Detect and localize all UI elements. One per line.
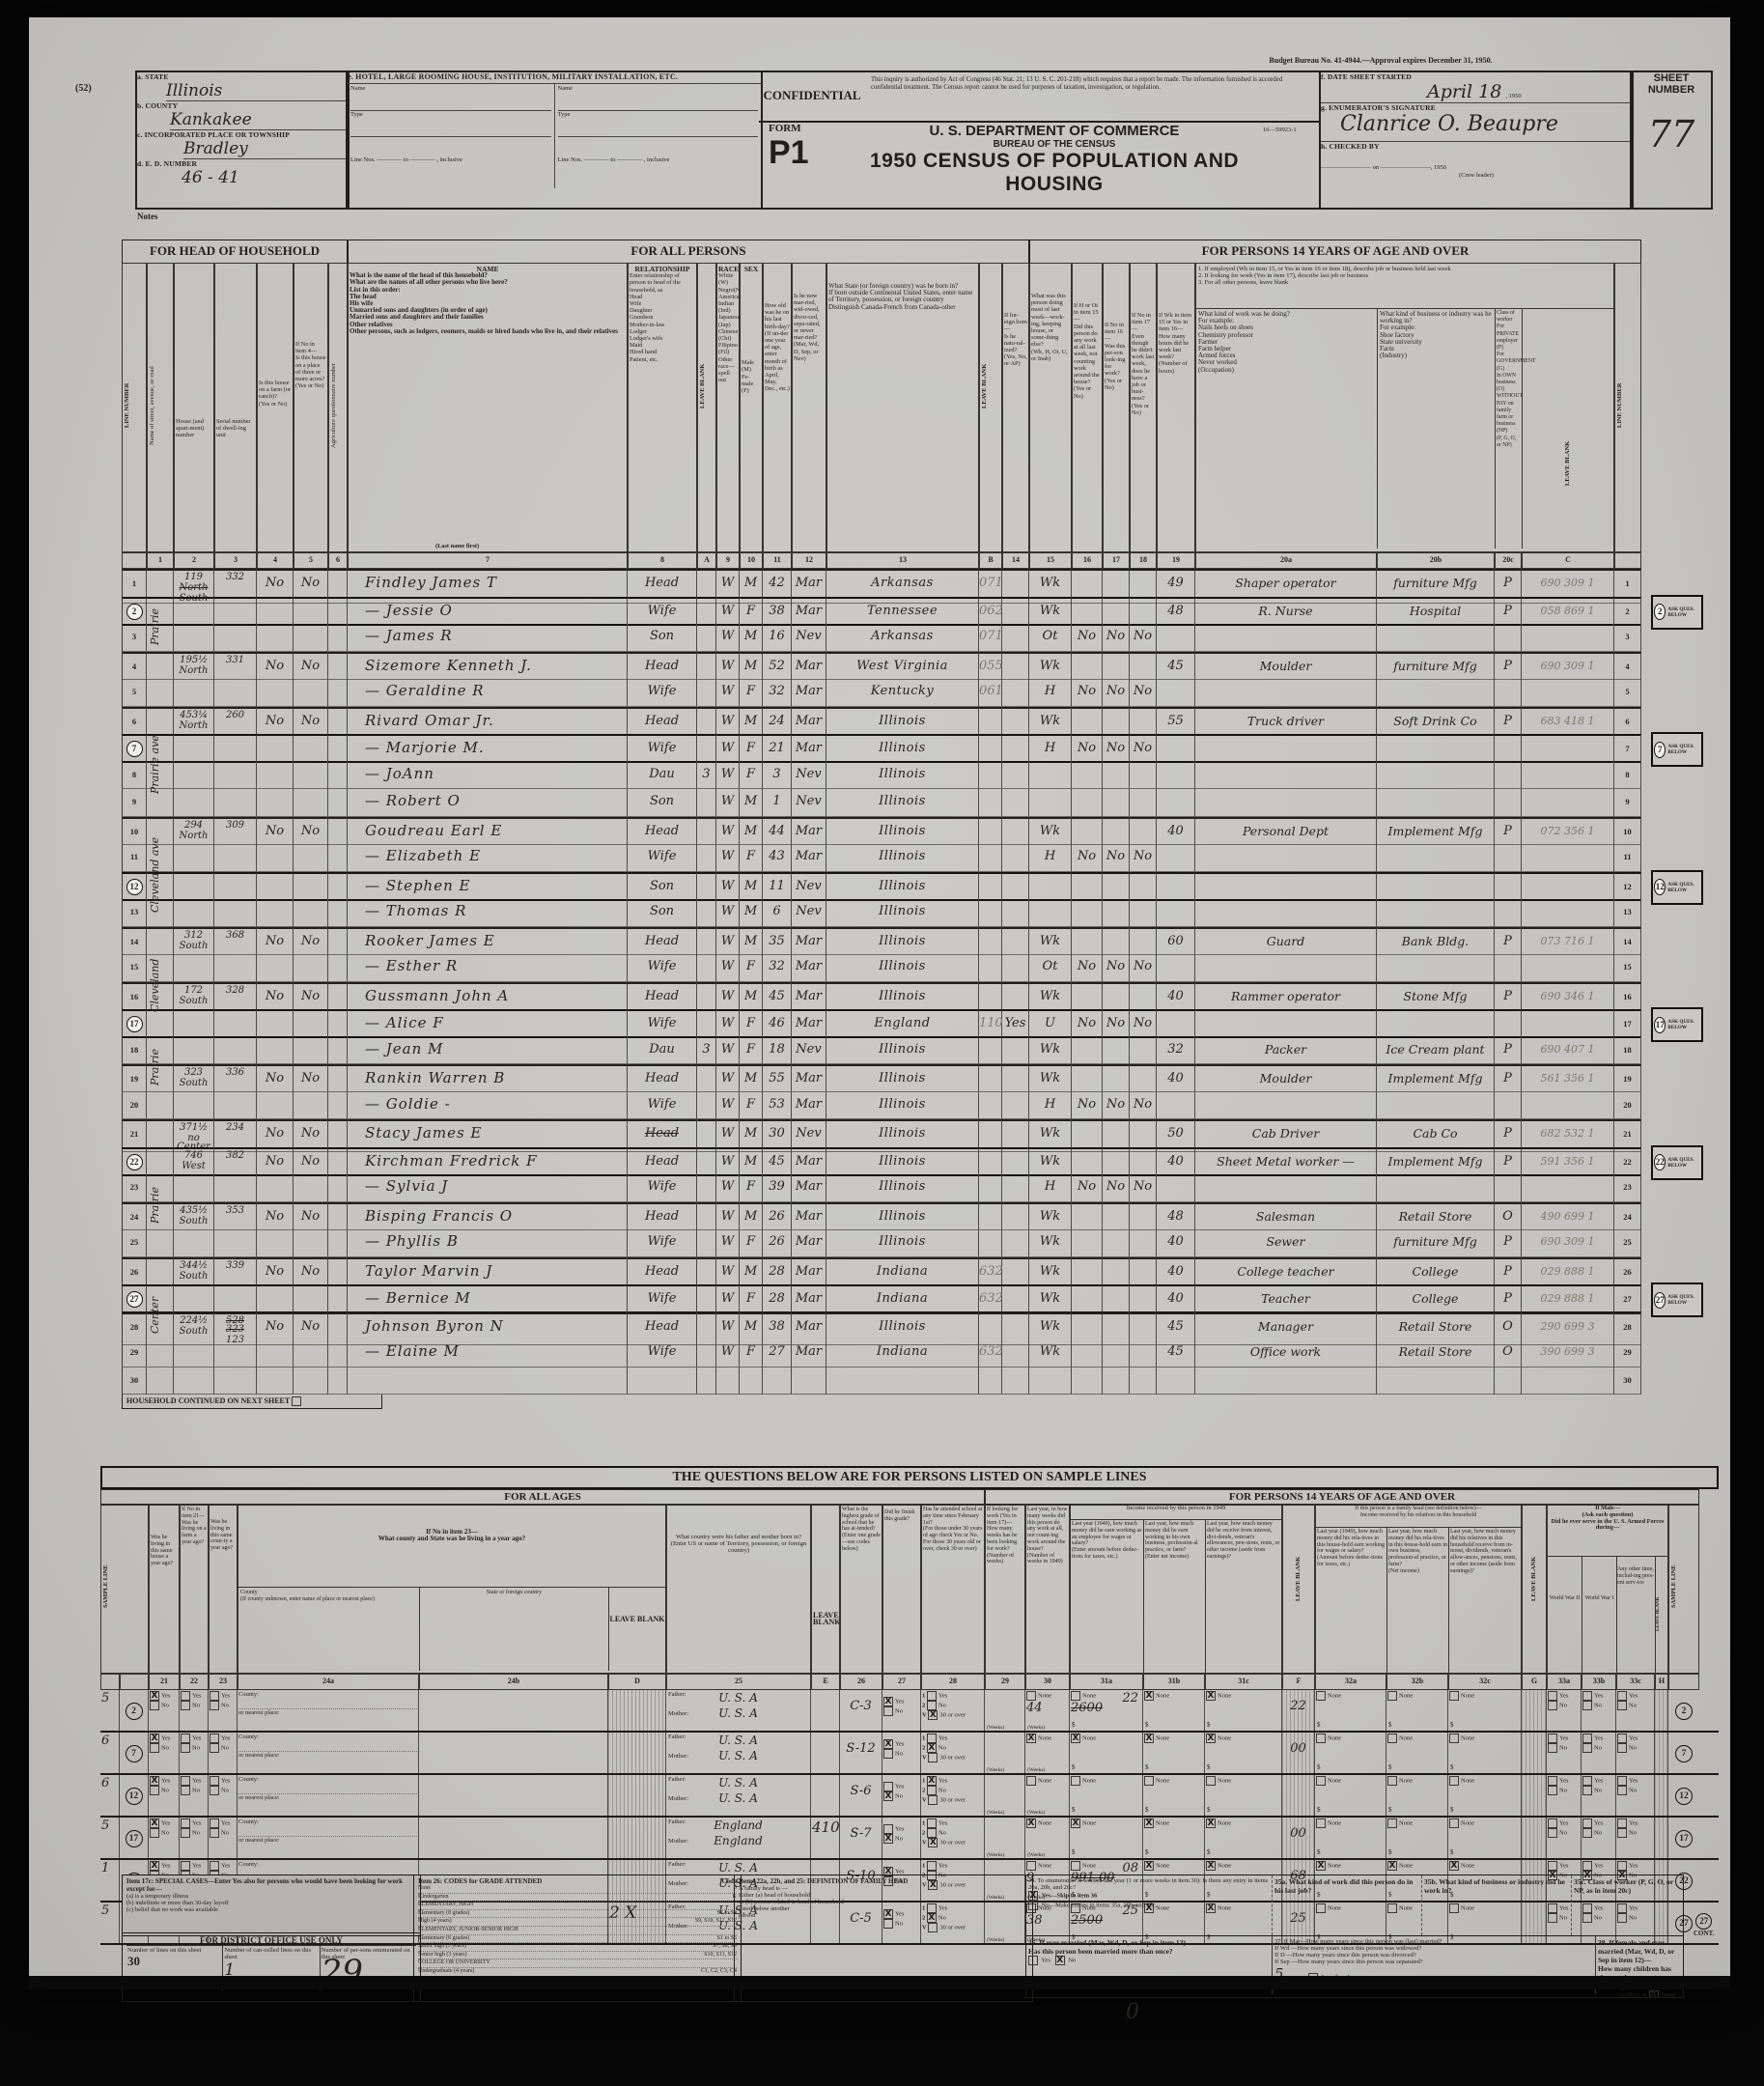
race-cell: W xyxy=(716,1147,740,1176)
q28-no-checkbox[interactable] xyxy=(927,1786,937,1795)
q33b-no-checkbox[interactable] xyxy=(1582,1786,1592,1795)
q22-no-checkbox[interactable] xyxy=(181,1786,190,1795)
q21-no-checkbox[interactable] xyxy=(150,1786,159,1795)
date-label: f. DATE SHEET STARTED xyxy=(1321,72,1632,81)
form-word: FORM xyxy=(769,123,846,134)
household-continued-label: HOUSEHOLD CONTINUED ON NEXT SHEET xyxy=(126,1396,290,1405)
house-number-cell xyxy=(174,624,214,652)
house-number-cell xyxy=(174,1009,214,1038)
q32c-none-checkbox[interactable] xyxy=(1449,1776,1459,1786)
table-row: 1212 — Stephen E Son W M 11 Nev Illinois… xyxy=(122,872,1653,900)
sex-cell: M xyxy=(740,707,763,735)
hand-zero: 0 xyxy=(1126,2000,1139,2024)
q33b-cell: Yes No xyxy=(1582,1775,1616,1816)
leave-blank-b-cell: 632 xyxy=(979,1257,1002,1285)
q22-yes-checkbox[interactable] xyxy=(181,1776,190,1786)
q23-yes-checkbox[interactable] xyxy=(210,1818,219,1828)
leave-blank-c-cell: 390 699 3 xyxy=(1522,1339,1614,1367)
id-box: a. STATE Illinois b. COUNTY Kankakee c. … xyxy=(135,70,350,210)
line-number-left: 44 xyxy=(122,652,147,680)
q33c-no-checkbox[interactable] xyxy=(1617,1786,1627,1795)
serial-number-cell: 353 xyxy=(214,1202,257,1230)
q33b-no-checkbox[interactable] xyxy=(1582,1743,1592,1753)
q21-yes-checkbox[interactable]: X xyxy=(150,1818,159,1828)
looking-work-cell xyxy=(1103,982,1130,1010)
q31a-none-checkbox[interactable] xyxy=(1071,1861,1080,1871)
item-36-no-checkbox[interactable]: X xyxy=(1055,1956,1065,1965)
q33b-yes-checkbox[interactable] xyxy=(1582,1734,1592,1743)
hotel-title: e. HOTEL, LARGE ROOMING HOUSE, INSTITUTI… xyxy=(348,72,761,84)
leave-blank-d-cell xyxy=(608,1690,666,1731)
q33c-no-checkbox[interactable] xyxy=(1617,1828,1627,1838)
leave-blank-b-cell xyxy=(979,1092,1002,1120)
q27-no-checkbox[interactable]: X xyxy=(883,1834,893,1844)
q31b-none-checkbox[interactable]: X xyxy=(1144,1861,1154,1871)
hours-cell: 32 xyxy=(1157,1037,1195,1065)
q32b-none-checkbox[interactable] xyxy=(1387,1776,1397,1786)
q33b-no-checkbox[interactable] xyxy=(1582,1701,1592,1710)
hours-cell: 45 xyxy=(1157,1339,1195,1367)
any-work-cell xyxy=(1072,1147,1103,1176)
line-number-left: 2525 xyxy=(122,1229,147,1257)
q32c-none-checkbox[interactable] xyxy=(1449,1691,1459,1701)
line-number-right: 23 xyxy=(1614,1174,1641,1202)
has-job-cell xyxy=(1130,1229,1157,1257)
q31c-none-checkbox[interactable]: X xyxy=(1206,1861,1216,1871)
q31c-none-checkbox[interactable]: X xyxy=(1206,1691,1216,1701)
q33a-no-checkbox[interactable] xyxy=(1548,1786,1557,1795)
q23-no-checkbox[interactable] xyxy=(210,1743,219,1753)
q31c-cell: XNone$ xyxy=(1205,1818,1282,1858)
q32a-none-checkbox[interactable] xyxy=(1316,1734,1326,1743)
serial-number-cell: 331 xyxy=(214,652,257,680)
q33c-no-checkbox[interactable] xyxy=(1617,1701,1627,1710)
acres-cell xyxy=(294,1174,328,1202)
q33b-yes-checkbox[interactable] xyxy=(1582,1861,1592,1871)
relationship-cell: Wife xyxy=(628,1092,697,1120)
naturalized-cell xyxy=(1002,624,1029,652)
q32c-none-checkbox[interactable] xyxy=(1449,1734,1459,1743)
q30-cell: None 44(Weeks) xyxy=(1025,1690,1070,1731)
q21-yes-checkbox[interactable]: X xyxy=(150,1691,159,1701)
cont-badge: 27 CONT. xyxy=(1694,1913,1714,1937)
q28-30-over-checkbox[interactable] xyxy=(928,1795,938,1805)
age-cell: 6 xyxy=(763,899,792,927)
father-mother-cell: Father: U. S. A Mother: U. S. A xyxy=(666,1733,811,1773)
q33b-yes-checkbox[interactable] xyxy=(1582,1691,1592,1701)
looking-work-head: If No in item 16— Was this per-son look-… xyxy=(1103,263,1130,552)
industry-cell xyxy=(1377,844,1495,872)
sample-line-circle-left: 12 xyxy=(120,1775,149,1816)
state-cell xyxy=(419,1775,608,1816)
street-layer: PrairiePrairie aveCleveland aveCleveland… xyxy=(147,569,174,1395)
table-row: 2525 — Phyllis B Wife W F 26 Mar Illinoi… xyxy=(122,1229,1653,1257)
looking-work-cell xyxy=(1103,1037,1130,1065)
q32c-none-checkbox[interactable]: X xyxy=(1449,1861,1459,1871)
q33c-yes-checkbox[interactable] xyxy=(1617,1776,1627,1786)
q22-no-checkbox[interactable] xyxy=(181,1701,190,1710)
q27-yes-checkbox[interactable] xyxy=(883,1824,893,1834)
acres-cell: No xyxy=(294,927,328,955)
corner-tag: (52) xyxy=(75,83,92,94)
q28-yes-checkbox[interactable] xyxy=(927,1734,937,1743)
table-row: 22 — Jessie O Wife W F 38 Mar Tennessee … xyxy=(122,597,1653,625)
house-head: House (and apart-ment) number xyxy=(174,263,214,552)
dept-line-1: U. S. DEPARTMENT OF COMMERCE xyxy=(846,123,1263,139)
q30-head: Last year, in how many weeks did this pe… xyxy=(1025,1505,1070,1674)
q21-yes-checkbox[interactable]: X xyxy=(150,1776,159,1786)
looking-work-cell: No xyxy=(1103,679,1130,707)
name-cell: — Marjorie M. xyxy=(348,734,628,763)
name-cell: — James R xyxy=(348,624,628,652)
q22-cell: Yes No xyxy=(180,1818,209,1858)
q33c-yes-checkbox[interactable] xyxy=(1617,1734,1627,1743)
district-l2: Number of can-celled lines on this sheet xyxy=(224,1947,311,1960)
acres-cell: No xyxy=(294,817,328,845)
item-34-no-checkbox[interactable] xyxy=(1028,1901,1038,1910)
item-38-none-checkbox[interactable]: X xyxy=(1649,1990,1659,1998)
industry-cell: College xyxy=(1377,1257,1495,1285)
sample-line-circle-right: 12 xyxy=(1668,1775,1699,1816)
q21-yes-checkbox[interactable]: X xyxy=(150,1734,159,1743)
q31a-none-checkbox[interactable] xyxy=(1071,1691,1080,1701)
state-cell xyxy=(419,1690,608,1731)
age-cell: 43 xyxy=(763,844,792,872)
birthplace-cell: Illinois xyxy=(826,707,979,735)
q31b-cell: XNone$ xyxy=(1143,1690,1205,1731)
ag-questionnaire-cell xyxy=(328,872,348,901)
class-of-worker-cell xyxy=(1495,1367,1522,1395)
line-number-right: 11 xyxy=(1614,844,1641,872)
line-number-right: 10 xyxy=(1614,817,1641,845)
q33a-no-checkbox[interactable] xyxy=(1548,1743,1557,1753)
q33a-yes-checkbox[interactable] xyxy=(1548,1861,1557,1871)
q33a-cell: Yes No xyxy=(1547,1733,1582,1773)
q30-none-checkbox[interactable] xyxy=(1026,1691,1036,1701)
line-number-left: 1111 xyxy=(122,844,147,872)
margin-tally-cell: 5 xyxy=(100,1818,120,1858)
has-job-head: If No in item 17— Even though he didn't … xyxy=(1130,263,1157,552)
leave-blank-a-cell: 3 xyxy=(697,762,716,790)
line-number-left: 1010 xyxy=(122,817,147,845)
q28-30-over-checkbox[interactable] xyxy=(928,1753,938,1762)
q22-yes-checkbox[interactable] xyxy=(181,1734,190,1743)
q32b-none-checkbox[interactable] xyxy=(1387,1691,1397,1701)
q33a-yes-checkbox[interactable] xyxy=(1548,1691,1557,1701)
sex-cell: F xyxy=(740,1037,763,1065)
q33a-yes-checkbox[interactable] xyxy=(1548,1734,1557,1743)
q32a-none-checkbox[interactable] xyxy=(1316,1691,1326,1701)
leave-blank-b-cell xyxy=(979,1147,1002,1176)
q28-yes-checkbox[interactable]: X xyxy=(927,1776,937,1786)
q22-no-checkbox[interactable] xyxy=(181,1828,190,1838)
q30-none-checkbox[interactable]: X xyxy=(1026,1734,1036,1743)
q28-cell: 1 Yes 2 No V X30 or over xyxy=(921,1690,985,1731)
grade-codes-title: Item 26: CODES for GRADE ATTENDED xyxy=(418,1877,542,1885)
leave-blank-c-cell xyxy=(1522,899,1614,927)
q30-none-checkbox[interactable]: X xyxy=(1026,1818,1036,1828)
industry-cell xyxy=(1377,1367,1495,1395)
q23-no-checkbox[interactable] xyxy=(210,1786,219,1795)
birthplace-head: What State (or foreign country) was he b… xyxy=(826,263,979,552)
title-persons-14: FOR PERSONS 14 YEARS OF AGE AND OVER xyxy=(1029,240,1641,263)
doing-most-cell: Wk xyxy=(1029,597,1072,626)
q28-no-checkbox[interactable]: X xyxy=(927,1743,937,1753)
farm-cell xyxy=(257,954,294,982)
farm-cell xyxy=(257,1284,294,1313)
q33a-yes-checkbox[interactable] xyxy=(1548,1818,1557,1828)
signature-value: Clanrice O. Beaupre xyxy=(1340,112,1558,136)
hotel-name-label-2: Name xyxy=(558,85,759,111)
house-number-cell: 323South xyxy=(174,1064,214,1092)
ag-questionnaire-cell xyxy=(328,652,348,680)
q27-yes-checkbox[interactable]: X xyxy=(883,1739,893,1749)
table-row: 1919 323South 336 No No Rankin Warren B … xyxy=(122,1064,1653,1092)
line-number-left: 33 xyxy=(122,624,147,652)
hours-cell xyxy=(1157,679,1195,707)
marital-cell: Nev xyxy=(792,899,826,927)
table-row: 2323 — Sylvia J Wife W F 39 Mar Illinois… xyxy=(122,1174,1653,1202)
line-number-right: 30 xyxy=(1614,1367,1641,1395)
q23-no-checkbox[interactable] xyxy=(210,1701,219,1710)
q33c-yes-checkbox[interactable] xyxy=(1617,1861,1627,1871)
q21-no-checkbox[interactable] xyxy=(150,1828,159,1838)
serial-number-cell xyxy=(214,1092,257,1120)
hours-cell xyxy=(1157,872,1195,901)
acres-cell xyxy=(294,624,328,652)
q33b-yes-checkbox[interactable] xyxy=(1582,1776,1592,1786)
q32a-none-checkbox[interactable] xyxy=(1316,1776,1326,1786)
table-row: 1111 — Elizabeth E Wife W F 43 Mar Illin… xyxy=(122,844,1653,872)
q32b-none-checkbox[interactable] xyxy=(1387,1818,1397,1828)
rel-head-title: RELATIONSHIP xyxy=(630,266,695,272)
q33c-yes-checkbox[interactable] xyxy=(1617,1691,1627,1701)
q32a-none-checkbox[interactable]: X xyxy=(1316,1861,1326,1871)
doing-most-cell: Wk xyxy=(1029,982,1072,1010)
q31c-none-checkbox[interactable]: X xyxy=(1206,1734,1216,1743)
ag-questionnaire-cell xyxy=(328,762,348,790)
q22-yes-checkbox[interactable] xyxy=(181,1691,190,1701)
q32b-cell: None$ xyxy=(1386,1690,1448,1731)
q24a-head: County (If county unknown, enter name of… xyxy=(238,1588,420,1671)
naturalized-cell xyxy=(1002,679,1029,707)
q32b-none-checkbox[interactable]: X xyxy=(1387,1861,1397,1871)
household-continued-checkbox[interactable] xyxy=(292,1396,301,1406)
q31b-none-checkbox[interactable]: X xyxy=(1144,1818,1154,1828)
if21-label: If No in item 21— xyxy=(182,1507,205,1519)
q28-30-over-checkbox[interactable]: X xyxy=(928,1838,938,1847)
marital-cell: Mar xyxy=(792,1257,826,1285)
q21-yes-checkbox[interactable]: X xyxy=(150,1861,159,1871)
class-of-worker-cell xyxy=(1495,954,1522,982)
place-label: c. INCORPORATED PLACE OR TOWNSHIP xyxy=(137,130,348,139)
q32a-none-checkbox[interactable] xyxy=(1316,1818,1326,1828)
sheet-number-label: SHEET NUMBER xyxy=(1632,72,1711,96)
q27-no-checkbox[interactable] xyxy=(883,1749,893,1759)
q30-none-checkbox[interactable] xyxy=(1026,1861,1036,1871)
q33b-yes-checkbox[interactable] xyxy=(1582,1818,1592,1828)
doing-most-cell: H xyxy=(1029,1092,1072,1120)
class-of-worker-cell xyxy=(1495,624,1522,652)
house-number-cell xyxy=(174,734,214,763)
house-number-cell xyxy=(174,789,214,817)
q31a-none-checkbox[interactable]: X xyxy=(1071,1734,1080,1743)
name-cell: — Thomas R xyxy=(348,899,628,927)
q28-no-checkbox[interactable] xyxy=(927,1828,937,1838)
table-row: 1515 — Esther R Wife W F 32 Mar Illinois… xyxy=(122,954,1653,982)
age-cell: 1 xyxy=(763,789,792,817)
q32c-none-checkbox[interactable] xyxy=(1449,1818,1459,1828)
county-cell: County: or nearest place: xyxy=(238,1733,419,1773)
item-34-yes-checkbox[interactable]: X xyxy=(1028,1891,1038,1901)
q28-yes-checkbox[interactable] xyxy=(927,1818,937,1828)
q31a-none-checkbox[interactable] xyxy=(1071,1776,1080,1786)
q33c-yes-checkbox[interactable] xyxy=(1617,1818,1627,1828)
q24-group-title: If No in item 23— What county and State … xyxy=(238,1506,665,1587)
serial-number-cell: 382 xyxy=(214,1147,257,1176)
relationship-cell: Head xyxy=(628,927,697,955)
q21-no-checkbox[interactable] xyxy=(150,1743,159,1753)
industry-cell: Retail Store xyxy=(1377,1339,1495,1367)
q28-yes-checkbox[interactable] xyxy=(927,1861,937,1871)
marital-cell: Nev xyxy=(792,1037,826,1065)
age-cell: 28 xyxy=(763,1284,792,1313)
q21-cell: XYes No xyxy=(149,1733,180,1773)
marital-cell: Mar xyxy=(792,1147,826,1176)
q29-cell: (Weeks) xyxy=(985,1818,1025,1858)
looking-work-cell xyxy=(1103,1339,1130,1367)
occupation-cell: Rammer operator xyxy=(1195,982,1377,1010)
date-year: , 1950 xyxy=(1505,93,1521,99)
q28-no-checkbox[interactable] xyxy=(927,1701,937,1710)
has-job-cell xyxy=(1130,1147,1157,1176)
q28-cell: 1 Yes 2 XNo V 30 or over xyxy=(921,1733,985,1773)
farm-cell xyxy=(257,624,294,652)
q31b-none-checkbox[interactable]: X xyxy=(1144,1691,1154,1701)
q23-yes-checkbox[interactable] xyxy=(210,1861,219,1871)
looking-work-cell xyxy=(1103,789,1130,817)
q32c-cell: None$ xyxy=(1448,1775,1522,1816)
house-number-cell xyxy=(174,872,214,901)
q33a-yes-checkbox[interactable] xyxy=(1548,1776,1557,1786)
col-numbers: 12345678A910111213B14151617181920a20b20c… xyxy=(122,552,1653,569)
age-cell: 53 xyxy=(763,1092,792,1120)
street-name: Prairie xyxy=(149,1009,170,1125)
hours-cell xyxy=(1157,899,1195,927)
table-row: 99 — Robert O Son W M 1 Nev Illinois 9 9 xyxy=(122,789,1653,817)
sex-cell: F xyxy=(740,844,763,872)
q31b-none-checkbox[interactable]: X xyxy=(1144,1734,1154,1743)
leave-blank-f-cell: 00 xyxy=(1282,1733,1315,1773)
birthplace-cell: West Virginia xyxy=(826,652,979,680)
q23-yes-checkbox[interactable] xyxy=(210,1734,219,1743)
q23-yes-checkbox[interactable] xyxy=(210,1776,219,1786)
q23-yes-checkbox[interactable] xyxy=(210,1691,219,1701)
q32b-none-checkbox[interactable] xyxy=(1387,1734,1397,1743)
name-cell: — Jessie O xyxy=(348,597,628,626)
has-job-cell: No xyxy=(1130,624,1157,652)
birthplace-cell: Indiana xyxy=(826,1284,979,1313)
sex-cell: M xyxy=(740,899,763,927)
leave-blank-a-cell xyxy=(697,1174,716,1202)
sex-cell: F xyxy=(740,1092,763,1120)
farm-cell: No xyxy=(257,707,294,735)
q28-cell: 1 XYes 2 No V 30 or over xyxy=(921,1775,985,1816)
leave-blank-c-cell xyxy=(1522,872,1614,901)
age-cell: 38 xyxy=(763,597,792,626)
q31a-none-checkbox[interactable]: X xyxy=(1071,1818,1080,1828)
q30-none-checkbox[interactable] xyxy=(1026,1776,1036,1786)
leave-blank-c-cell: 490 699 1 xyxy=(1522,1202,1614,1230)
hours-cell xyxy=(1157,789,1195,817)
name-cell: Rivard Omar Jr. xyxy=(348,707,628,735)
marital-cell: Mar xyxy=(792,597,826,626)
has-job-cell xyxy=(1130,1064,1157,1092)
farm-cell xyxy=(257,1037,294,1065)
leave-blank-f-head: LEAVE BLANK xyxy=(1295,1507,1302,1651)
looking-work-cell xyxy=(1103,899,1130,927)
ag-questionnaire-cell xyxy=(328,1202,348,1230)
any-work-head: If H or Ot in item 15— Did this person d… xyxy=(1072,263,1103,552)
sex-cell: F xyxy=(740,954,763,982)
q27-no-checkbox[interactable]: X xyxy=(883,1791,893,1801)
q28-30-over-checkbox[interactable]: X xyxy=(928,1710,938,1720)
q27-cell: XYes No xyxy=(882,1690,921,1731)
q31c-none-checkbox[interactable] xyxy=(1206,1776,1216,1786)
race-cell: W xyxy=(716,789,740,817)
q31b-none-checkbox[interactable] xyxy=(1144,1776,1154,1786)
line-number-right: 20 xyxy=(1614,1092,1641,1120)
q21-no-checkbox[interactable] xyxy=(150,1701,159,1710)
birthplace-cell: Illinois xyxy=(826,1229,979,1257)
doing-most-cell: Wk xyxy=(1029,1147,1072,1176)
place-value: Bradley xyxy=(183,139,348,159)
table-row: 2626 344½South 339 No No Taylor Marvin J… xyxy=(122,1257,1653,1285)
q29-cell: (Weeks) xyxy=(985,1775,1025,1816)
house-number-cell: 195½North xyxy=(174,652,214,680)
q28-yes-checkbox[interactable] xyxy=(927,1691,937,1701)
q22-yes-checkbox[interactable] xyxy=(181,1818,190,1828)
q33a-no-checkbox[interactable] xyxy=(1548,1828,1557,1838)
q22-yes-checkbox[interactable] xyxy=(181,1861,190,1871)
ask-questions-below-badge: 17ASK QUES. BELOW xyxy=(1651,1007,1703,1042)
q31c-none-checkbox[interactable]: X xyxy=(1206,1818,1216,1828)
house-number-cell xyxy=(174,597,214,626)
q27-no-checkbox[interactable] xyxy=(883,1706,893,1716)
acres-cell xyxy=(294,899,328,927)
q23-no-checkbox[interactable] xyxy=(210,1828,219,1838)
item-36-yes-checkbox[interactable] xyxy=(1028,1956,1038,1965)
occupation-cell xyxy=(1195,899,1377,927)
q22-no-checkbox[interactable] xyxy=(181,1743,190,1753)
q33c-no-checkbox[interactable] xyxy=(1617,1743,1627,1753)
any-work-cell xyxy=(1072,872,1103,901)
q27-yes-checkbox[interactable]: X xyxy=(883,1697,893,1706)
q27-yes-checkbox[interactable] xyxy=(883,1782,893,1791)
leave-blank-a-cell xyxy=(697,1009,716,1038)
any-work-cell xyxy=(1072,707,1103,735)
any-work-cell xyxy=(1072,789,1103,817)
serial-number-cell xyxy=(214,1339,257,1367)
line-number-left: 1313 xyxy=(122,899,147,927)
farm-cell xyxy=(257,1339,294,1367)
q33a-no-checkbox[interactable] xyxy=(1548,1701,1557,1710)
table-row: 1818 — Jean M Dau 3 W F 18 Nev Illinois … xyxy=(122,1037,1653,1065)
q33b-no-checkbox[interactable] xyxy=(1582,1828,1592,1838)
hours-cell: 45 xyxy=(1157,652,1195,680)
occupation-head: What kind of work was he doing? For exam… xyxy=(1196,309,1378,549)
occupation-cell xyxy=(1195,789,1377,817)
